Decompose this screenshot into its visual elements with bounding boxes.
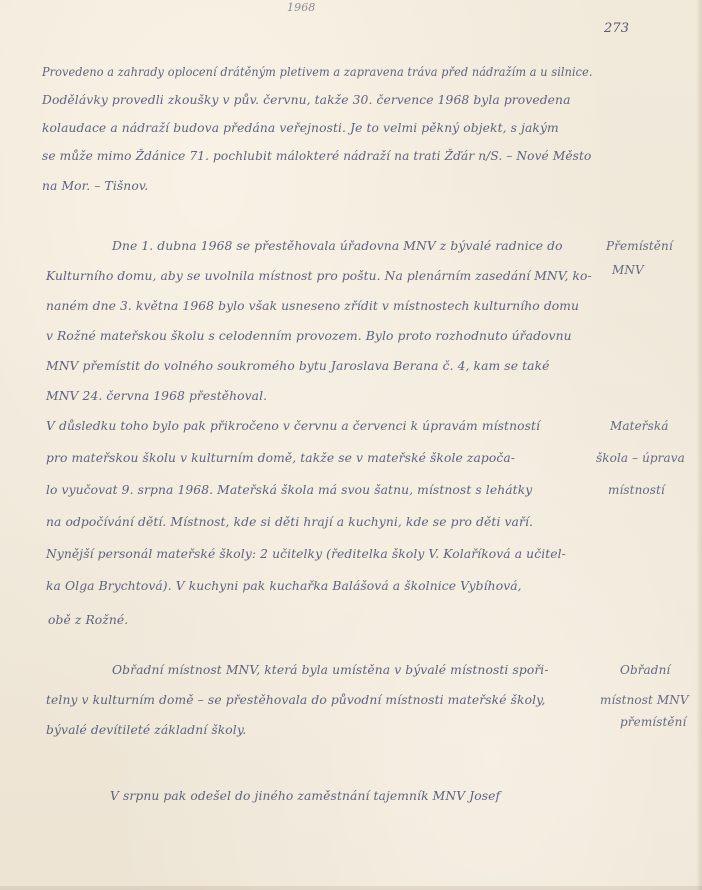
paragraph-1-line-4: se může mimo Ždánice 71. pochlubit málok… (42, 150, 591, 162)
paragraph-3-line-6: ka Olga Brychtová). V kuchyni pak kuchař… (46, 580, 522, 592)
paragraph-3-line-4: na odpočívání dětí. Místnost, kde si dět… (46, 516, 533, 528)
page-edge-shadow (696, 0, 702, 890)
margin-note-3-line-1: Obřadní (620, 664, 670, 676)
paragraph-3-line-2: pro mateřskou školu v kulturním domě, ta… (46, 452, 515, 464)
paragraph-1-line-1: Provedeno a zahrady oplocení drátěným pl… (42, 66, 593, 78)
paragraph-3-line-5: Nynější personál mateřské školy: 2 učite… (46, 548, 566, 560)
scanned-chronicle-page: 1968 273 Provedeno a zahrady oplocení dr… (0, 0, 702, 890)
paragraph-4-line-1: Obřadní místnost MNV, která byla umístěn… (112, 664, 549, 676)
paragraph-2-line-1: Dne 1. dubna 1968 se přestěhovala úřadov… (112, 240, 563, 252)
paragraph-2-line-5: MNV přemístit do volného soukromého bytu… (46, 360, 550, 372)
paragraph-2-line-2: Kulturního domu, aby se uvolnila místnos… (46, 270, 592, 282)
paragraph-4-line-3: bývalé devítileté základní školy. (46, 724, 246, 736)
paragraph-2-line-4: v Rožné mateřskou školu s celodenním pro… (46, 330, 572, 342)
paragraph-1-line-2: Dodělávky provedli zkoušky v pův. červnu… (42, 94, 571, 106)
margin-note-3-line-2: místnost MNV (600, 694, 689, 706)
paragraph-3-line-1: V důsledku toho bylo pak přikročeno v če… (46, 420, 540, 432)
margin-note-1-line-2: MNV (612, 264, 644, 276)
margin-note-1-line-1: Přemístění (606, 240, 673, 252)
year-mark: 1968 (287, 2, 315, 13)
margin-note-3-line-3: přemístění (620, 716, 686, 728)
page-bottom-edge (0, 886, 702, 890)
paragraph-3-line-7: obě z Rožné. (48, 614, 128, 626)
paragraph-2-line-3: naném dne 3. května 1968 bylo však usnes… (46, 300, 579, 312)
paragraph-2-line-6: MNV 24. června 1968 přestěhoval. (46, 390, 267, 402)
margin-note-2-line-1: Mateřská (610, 420, 669, 432)
margin-note-2-line-3: místností (608, 484, 665, 496)
margin-note-2-line-2: škola – úprava (596, 452, 685, 464)
paragraph-1-line-5: na Mor. – Tišnov. (42, 180, 148, 192)
paragraph-1-line-3: kolaudace a nádraží budova předána veřej… (42, 122, 559, 134)
page-number: 273 (604, 22, 629, 35)
paragraph-3-line-3: lo vyučovat 9. srpna 1968. Mateřská škol… (46, 484, 532, 496)
paragraph-4-line-2: telny v kulturním domě – se přestěhovala… (46, 694, 546, 706)
paragraph-5-line-1: V srpnu pak odešel do jiného zaměstnání … (110, 790, 500, 802)
